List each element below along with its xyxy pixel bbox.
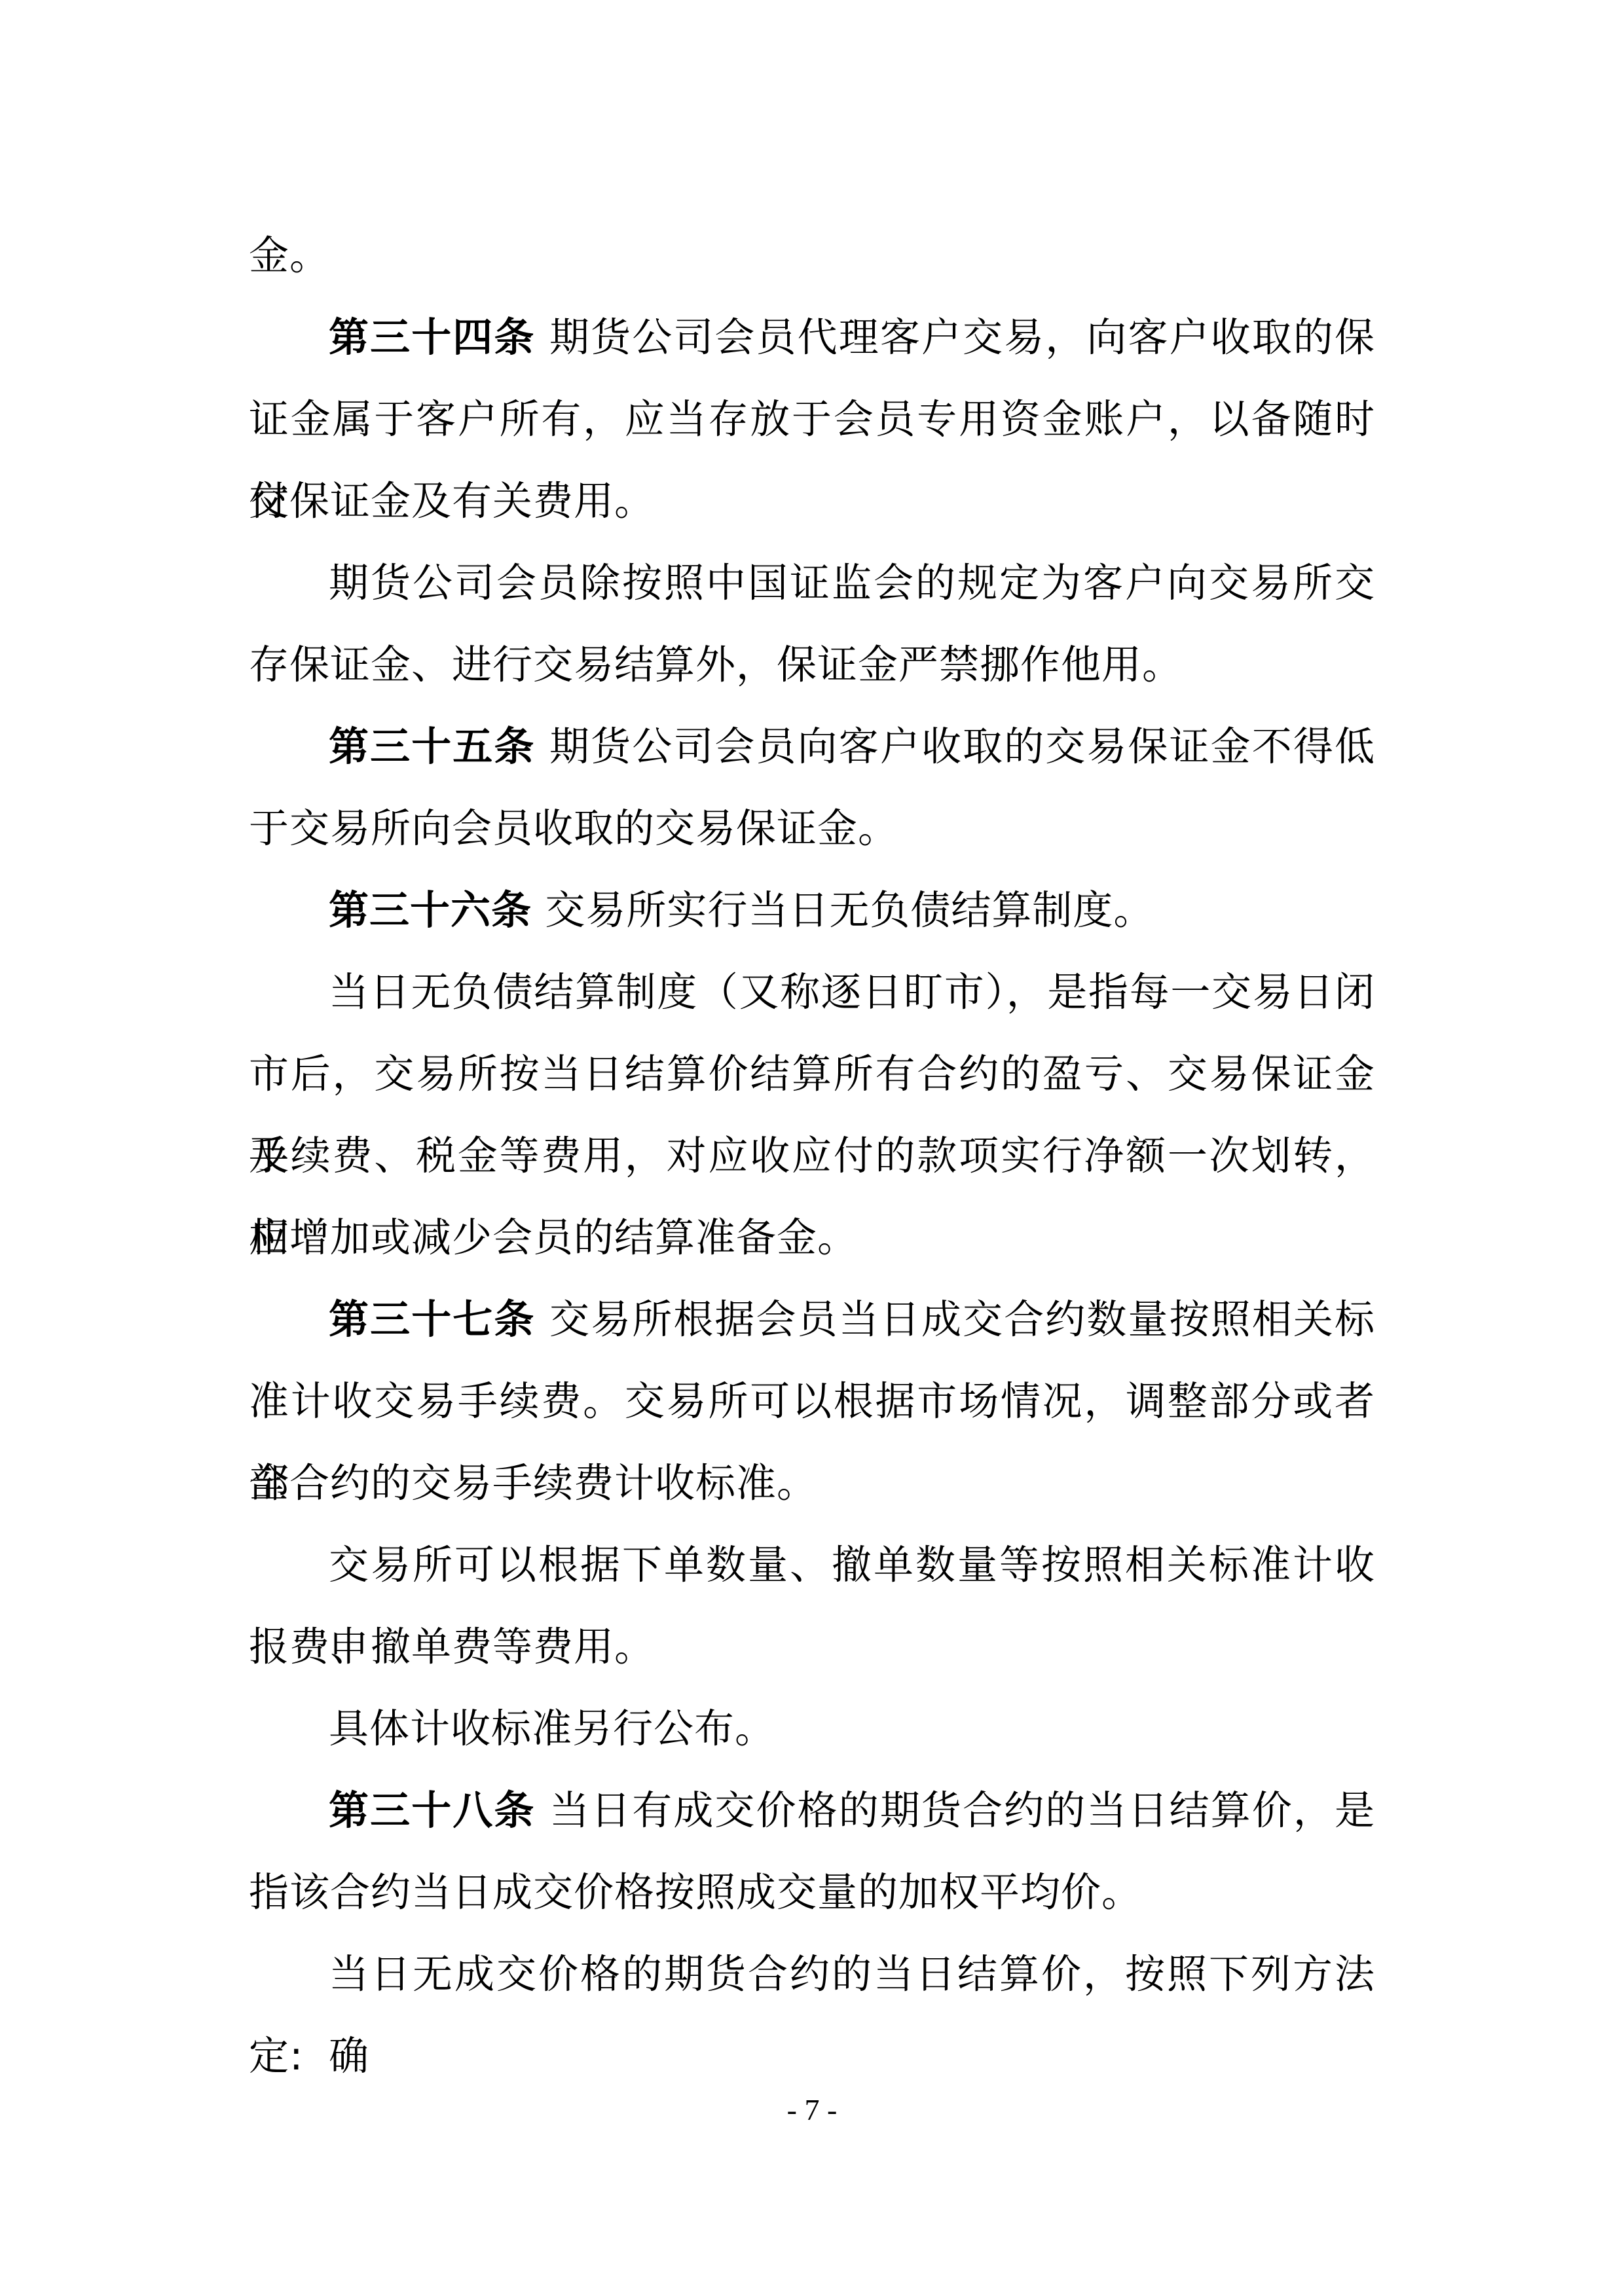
line-text: 当日无负债结算制度（又称逐日盯市），是指每一交易日闭 (329, 969, 1375, 1015)
article-number-bold: 第三十七条 (329, 1296, 536, 1343)
text-line: 部合约的交易手续费计收标准。 (249, 1442, 1375, 1524)
text-line: 证金属于客户所有，应当存放于会员专用资金账户，以备随时交 (249, 378, 1375, 460)
article-number-bold: 第三十四条 (329, 314, 536, 361)
text-line: 报费、撤单费等费用。 (249, 1606, 1375, 1688)
text-line: 第三十四条 期货公司会员代理客户交易，向客户收取的保 (249, 297, 1375, 378)
line-text: 应增加或减少会员的结算准备金。 (249, 1214, 858, 1261)
article-number-bold: 第三十八条 (329, 1787, 536, 1834)
text-line: 存保证金、进行交易结算外，保证金严禁挪作他用。 (249, 624, 1375, 706)
text-line: 手续费、税金等费用，对应收应付的款项实行净额一次划转，相 (249, 1115, 1375, 1197)
line-text: 期货公司会员向客户收取的交易保证金不得低 (536, 723, 1375, 770)
article-number-bold: 第三十五条 (329, 723, 536, 770)
line-text: 指该合约当日成交价格按照成交量的加权平均价。 (249, 1869, 1142, 1916)
line-text: 报费、撤单费等费用。 (249, 1624, 655, 1670)
text-line: 第三十五条 期货公司会员向客户收取的交易保证金不得低 (249, 706, 1375, 788)
text-line: 应增加或减少会员的结算准备金。 (249, 1197, 1375, 1279)
text-line: 当日无负债结算制度（又称逐日盯市），是指每一交易日闭 (249, 951, 1375, 1033)
text-line: 指该合约当日成交价格按照成交量的加权平均价。 (249, 1851, 1375, 1933)
line-text: 当日有成交价格的期货合约的当日结算价，是 (536, 1787, 1375, 1834)
text-line: 市后，交易所按当日结算价结算所有合约的盈亏、交易保证金及 (249, 1033, 1375, 1115)
line-text: 交易所实行当日无负债结算制度。 (532, 887, 1154, 934)
text-line: 准计收交易手续费。交易所可以根据市场情况，调整部分或者全 (249, 1360, 1375, 1442)
line-text: 付保证金及有关费用。 (249, 478, 655, 524)
text-line: 第三十八条 当日有成交价格的期货合约的当日结算价，是 (249, 1770, 1375, 1851)
line-text: 具体计收标准另行公布。 (329, 1705, 775, 1752)
text-line: 于交易所向会员收取的交易保证金。 (249, 788, 1375, 869)
line-text: 期货公司会员代理客户交易，向客户收取的保 (536, 314, 1375, 361)
text-line: 当日无成交价格的期货合约的当日结算价，按照下列方法确 (249, 1933, 1375, 2015)
text-line: 具体计收标准另行公布。 (249, 1688, 1375, 1770)
line-text: 定: (249, 2033, 304, 2079)
line-text: 存保证金、进行交易结算外，保证金严禁挪作他用。 (249, 642, 1183, 688)
line-text: 交易所根据会员当日成交合约数量按照相关标 (536, 1296, 1375, 1343)
line-text: 期货公司会员除按照中国证监会的规定为客户向交易所交 (329, 560, 1375, 606)
text-line: 第三十七条 交易所根据会员当日成交合约数量按照相关标 (249, 1279, 1375, 1360)
line-text: 部合约的交易手续费计收标准。 (249, 1460, 817, 1506)
text-line: 付保证金及有关费用。 (249, 460, 1375, 542)
text-line: 金。 (249, 215, 1375, 297)
text-line: 期货公司会员除按照中国证监会的规定为客户向交易所交 (249, 542, 1375, 624)
page-number: - 7 - (0, 2090, 1624, 2130)
text-line: 第三十六条 交易所实行当日无负债结算制度。 (249, 869, 1375, 951)
text-block: 金。 第三十四条 期货公司会员代理客户交易，向客户收取的保 证金属于客户所有，应… (249, 215, 1375, 2097)
line-text: 金。 (249, 232, 330, 279)
article-number-bold: 第三十六条 (329, 887, 532, 934)
line-text: 于交易所向会员收取的交易保证金。 (249, 805, 898, 852)
document-page: 金。 第三十四条 期货公司会员代理客户交易，向客户收取的保 证金属于客户所有，应… (0, 0, 1624, 2296)
text-line: 交易所可以根据下单数量、撤单数量等按照相关标准计收申 (249, 1524, 1375, 1606)
text-line: 定: (249, 2015, 1375, 2097)
